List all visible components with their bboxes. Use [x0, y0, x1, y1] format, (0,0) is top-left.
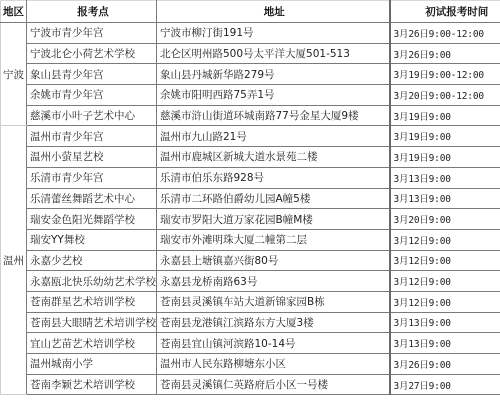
site-cell: 苍南李颖艺术培训学校 — [27, 374, 157, 395]
header-time: 初试报考时间 — [390, 1, 500, 23]
time-cell: 3月19日9:00 — [390, 126, 500, 147]
time-cell: 3月12日9:00 — [390, 271, 500, 292]
time-cell: 3月19日9:00 — [390, 147, 500, 168]
address-cell: 慈溪市浒山街道环城南路77号金星大厦9楼 — [157, 105, 390, 126]
table-row: 余姚市青少年宫 余姚市阳明西路75弄1号 3月20日9:00-12:00 — [1, 85, 500, 106]
time-cell: 3月26日9:00-12:00 — [390, 23, 500, 44]
site-cell: 宜山艺苗艺术培训学校 — [27, 333, 157, 354]
table-row: 苍南县大眼睛艺术培训学校 苍南县龙港镇江滨路东方大厦3楼 3月13日9:00 — [1, 312, 500, 333]
address-cell: 瑞安市外滩明珠大厦二幢第二层 — [157, 229, 390, 250]
site-cell: 余姚市青少年宫 — [27, 85, 157, 106]
site-cell: 苍南群星艺术培训学校 — [27, 291, 157, 312]
time-cell: 3月12日9:00 — [390, 229, 500, 250]
table-body: 宁波 宁波市青少年宫 宁波市柳汀街191号 3月26日9:00-12:00 宁波… — [1, 23, 500, 395]
table-row: 瑞安金色阳光舞蹈学校 瑞安市罗阳大道万家花园B幢M楼 3月20日9:00 — [1, 209, 500, 230]
time-cell: 3月20日9:00 — [390, 209, 500, 230]
site-cell: 象山县青少年宫 — [27, 64, 157, 85]
site-cell: 永嘉少艺校 — [27, 250, 157, 271]
time-cell: 3月26日9:00 — [390, 354, 500, 375]
address-cell: 永嘉县龙桥南路63号 — [157, 271, 390, 292]
address-cell: 温州市九山路21号 — [157, 126, 390, 147]
address-cell: 乐清市二环路伯爵幼儿园A幢5楼 — [157, 188, 390, 209]
address-cell: 象山县丹城新华路279号 — [157, 64, 390, 85]
site-cell: 乐清市青少年宫 — [27, 167, 157, 188]
address-cell: 苍南县灵溪镇车站大道新锦家园B栋 — [157, 291, 390, 312]
address-cell: 北仑区明州路500号太平洋大厦501-513 — [157, 43, 390, 64]
table-row: 苍南群星艺术培训学校 苍南县灵溪镇车站大道新锦家园B栋 3月12日9:00 — [1, 291, 500, 312]
table-row: 永嘉少艺校 永嘉县上塘镇嘉兴街80号 3月12日9:00 — [1, 250, 500, 271]
time-cell: 3月12日9:00 — [390, 250, 500, 271]
table-row: 宜山艺苗艺术培训学校 苍南县宜山镇河滨路10-14号 3月13日9:00 — [1, 333, 500, 354]
address-cell: 瑞安市罗阳大道万家花园B幢M楼 — [157, 209, 390, 230]
address-cell: 余姚市阳明西路75弄1号 — [157, 85, 390, 106]
site-cell: 宁波北仑小荷艺术学校 — [27, 43, 157, 64]
table-row: 永嘉瓯北快乐幼幼艺术学校 永嘉县龙桥南路63号 3月12日9:00 — [1, 271, 500, 292]
time-cell: 3月13日9:00 — [390, 333, 500, 354]
table-row: 象山县青少年宫 象山县丹城新华路279号 3月19日9:00-12:00 — [1, 64, 500, 85]
address-cell: 宁波市柳汀街191号 — [157, 23, 390, 44]
time-cell: 3月13日9:00 — [390, 312, 500, 333]
address-cell: 温州市鹿城区新城大道水景苑二楼 — [157, 147, 390, 168]
site-cell: 苍南县大眼睛艺术培训学校 — [27, 312, 157, 333]
site-cell: 瑞安YY舞校 — [27, 229, 157, 250]
time-cell: 3月13日9:00 — [390, 188, 500, 209]
site-cell: 乐清蕾丝舞蹈艺术中心 — [27, 188, 157, 209]
region-cell: 宁波 — [1, 23, 27, 126]
header-row: 地区 报考点 地址 初试报考时间 — [1, 1, 500, 23]
site-cell: 慈溪市小叶子艺术中心 — [27, 105, 157, 126]
table-row: 宁波 宁波市青少年宫 宁波市柳汀街191号 3月26日9:00-12:00 — [1, 23, 500, 44]
site-cell: 瑞安金色阳光舞蹈学校 — [27, 209, 157, 230]
exam-site-table: 地区 报考点 地址 初试报考时间 宁波 宁波市青少年宫 宁波市柳汀街191号 3… — [0, 0, 500, 395]
table-row: 瑞安YY舞校 瑞安市外滩明珠大厦二幢第二层 3月12日9:00 — [1, 229, 500, 250]
region-cell: 温州 — [1, 126, 27, 395]
address-cell: 苍南县宜山镇河滨路10-14号 — [157, 333, 390, 354]
header-site: 报考点 — [27, 1, 157, 23]
header-address: 地址 — [157, 1, 390, 23]
table-row: 乐清市青少年宫 乐清市伯乐东路928号 3月13日9:00 — [1, 167, 500, 188]
header-region: 地区 — [1, 1, 27, 23]
table-row: 苍南李颖艺术培训学校 苍南县灵溪镇仁英路府后小区一号楼 3月27日9:00 — [1, 374, 500, 395]
site-cell: 温州市青少年宫 — [27, 126, 157, 147]
site-cell: 温州城南小学 — [27, 354, 157, 375]
table-row: 宁波北仑小荷艺术学校 北仑区明州路500号太平洋大厦501-513 3月26日9… — [1, 43, 500, 64]
time-cell: 3月20日9:00-12:00 — [390, 85, 500, 106]
time-cell: 3月19日9:00 — [390, 105, 500, 126]
time-cell: 3月12日9:00 — [390, 291, 500, 312]
time-cell: 3月27日9:00 — [390, 374, 500, 395]
time-cell: 3月26日9:00 — [390, 43, 500, 64]
site-cell: 温州小萤星艺校 — [27, 147, 157, 168]
table-row: 温州小萤星艺校 温州市鹿城区新城大道水景苑二楼 3月19日9:00 — [1, 147, 500, 168]
address-cell: 乐清市伯乐东路928号 — [157, 167, 390, 188]
table-row: 乐清蕾丝舞蹈艺术中心 乐清市二环路伯爵幼儿园A幢5楼 3月13日9:00 — [1, 188, 500, 209]
table-row: 温州城南小学 温州市人民东路柳塘东小区 3月26日9:00 — [1, 354, 500, 375]
site-cell: 永嘉瓯北快乐幼幼艺术学校 — [27, 271, 157, 292]
address-cell: 苍南县龙港镇江滨路东方大厦3楼 — [157, 312, 390, 333]
address-cell: 永嘉县上塘镇嘉兴街80号 — [157, 250, 390, 271]
time-cell: 3月13日9:00 — [390, 167, 500, 188]
table-row: 慈溪市小叶子艺术中心 慈溪市浒山街道环城南路77号金星大厦9楼 3月19日9:0… — [1, 105, 500, 126]
time-cell: 3月19日9:00-12:00 — [390, 64, 500, 85]
table-row: 温州 温州市青少年宫 温州市九山路21号 3月19日9:00 — [1, 126, 500, 147]
address-cell: 温州市人民东路柳塘东小区 — [157, 354, 390, 375]
address-cell: 苍南县灵溪镇仁英路府后小区一号楼 — [157, 374, 390, 395]
site-cell: 宁波市青少年宫 — [27, 23, 157, 44]
